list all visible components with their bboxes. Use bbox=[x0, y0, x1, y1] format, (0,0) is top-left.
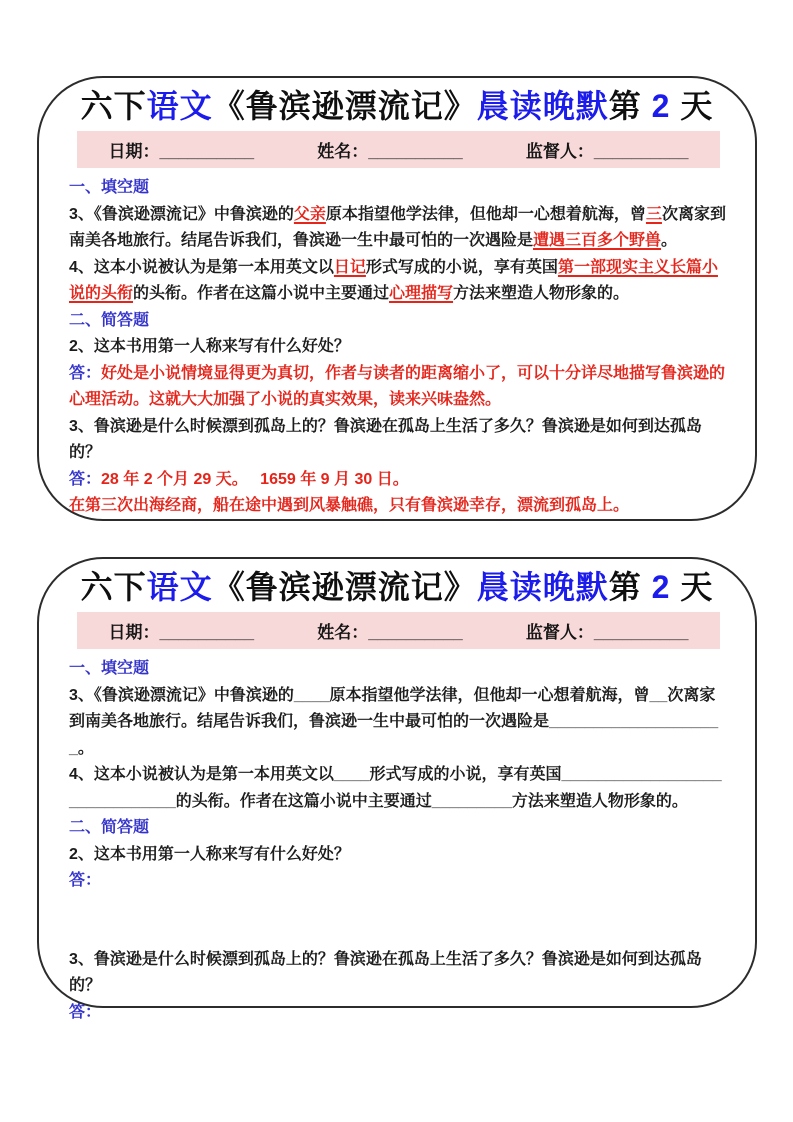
supervisor-field: 监督人：__________ bbox=[526, 618, 689, 643]
panel-title-segment: 天 bbox=[670, 88, 713, 124]
text-segment: 3、《鲁滨逊漂流记》中鲁滨逊的 bbox=[69, 687, 294, 704]
text-segment: 原本指望他学法律，但他却一心想着航海，曾 bbox=[326, 206, 646, 223]
worksheet-page: 六下语文《鲁滨逊漂流记》晨读晚默第 2 天日期：__________姓名：___… bbox=[0, 0, 793, 1122]
question-2-short: 2、这本书用第一人称来写有什么好处？ bbox=[69, 842, 727, 869]
date-field: 日期：__________ bbox=[109, 618, 255, 643]
text-segment: 4、这本小说被认为是第一本用英文以 bbox=[69, 259, 334, 276]
supervisor-field-label: 监督人： bbox=[526, 623, 594, 642]
supervisor-field-blank-line: __________ bbox=[594, 623, 689, 642]
panel-title-segment: 第 bbox=[609, 88, 652, 124]
text-segment: 遭遇三百多个野兽 bbox=[533, 232, 661, 249]
question-4-fill: 4、这本小说被认为是第一本用英文以____形式写成的小说，享有英国_______… bbox=[69, 762, 727, 815]
panel-body: 一、填空题3、《鲁滨逊漂流记》中鲁滨逊的____原本指望他学法律，但他却一心想着… bbox=[39, 649, 755, 1026]
answer-2-writing-space bbox=[69, 895, 727, 947]
section-2-heading: 二、简答题 bbox=[69, 308, 727, 335]
text-segment: 3、《鲁滨逊漂流记》中鲁滨逊的 bbox=[69, 206, 294, 223]
name-field: 姓名：__________ bbox=[317, 618, 463, 643]
date-field-blank-line: __________ bbox=[160, 623, 255, 642]
panel-title-segment: 第 bbox=[609, 569, 652, 605]
header-bar: 日期：__________姓名：__________监督人：__________ bbox=[77, 131, 720, 168]
panel-title-segment: 《鲁滨逊漂流记》 bbox=[213, 88, 477, 124]
section-2-heading: 二、简答题 bbox=[69, 815, 727, 842]
name-field-blank-line: __________ bbox=[368, 623, 463, 642]
text-segment: 一、填空题 bbox=[69, 179, 149, 196]
panel-title-segment: 天 bbox=[670, 569, 713, 605]
date-field-label: 日期： bbox=[109, 623, 160, 642]
answer-3-line-1: 答：28 年 2 个月 29 天。 1659 年 9 月 30 日。 bbox=[69, 467, 727, 494]
text-segment: 心理描写 bbox=[389, 285, 453, 302]
text-segment: 3、鲁滨逊是什么时候漂到孤岛上的？鲁滨逊在孤岛上生活了多久？鲁滨逊是如何到达孤岛… bbox=[69, 418, 702, 462]
name-field-blank-line: __________ bbox=[368, 142, 463, 161]
supervisor-field-label: 监督人： bbox=[526, 142, 594, 161]
text-segment: 父亲 bbox=[294, 206, 326, 223]
panel-title-segment: 2 bbox=[652, 569, 671, 605]
text-segment: 形式写成的小说，享有英国 bbox=[366, 259, 558, 276]
text-segment: 好处是小说情境显得更为真切，作者与读者的距离缩小了，可以十分详尽地描写鲁滨逊的心… bbox=[69, 365, 725, 409]
panel-title-segment: 2 bbox=[652, 88, 671, 124]
text-segment: 3、鲁滨逊是什么时候漂到孤岛上的？鲁滨逊在孤岛上生活了多久？鲁滨逊是如何到达孤岛… bbox=[69, 951, 702, 995]
text-segment: 28 年 2 个月 29 天。 1659 年 9 月 30 日。 bbox=[101, 471, 409, 488]
section-1-heading: 一、填空题 bbox=[69, 175, 727, 202]
text-segment: 4、这本小说被认为是第一本用英文以 bbox=[69, 766, 334, 783]
worksheet-panel-blank: 六下语文《鲁滨逊漂流记》晨读晚默第 2 天日期：__________姓名：___… bbox=[37, 557, 757, 1008]
text-segment: 的头衔。作者在这篇小说中主要通过 bbox=[176, 793, 432, 810]
worksheet-panel-answered: 六下语文《鲁滨逊漂流记》晨读晚默第 2 天日期：__________姓名：___… bbox=[37, 76, 757, 521]
answer-3-label: 答： bbox=[69, 1000, 727, 1027]
name-field: 姓名：__________ bbox=[317, 137, 463, 162]
supervisor-field: 监督人：__________ bbox=[526, 137, 689, 162]
text-segment: 答： bbox=[69, 365, 101, 382]
date-field-blank-line: __________ bbox=[160, 142, 255, 161]
text-segment: 二、简答题 bbox=[69, 312, 149, 329]
text-segment: ____ bbox=[334, 766, 370, 783]
header-bar: 日期：__________姓名：__________监督人：__________ bbox=[77, 612, 720, 649]
answer-2-label: 答： bbox=[69, 868, 727, 895]
text-segment: 日记 bbox=[334, 259, 366, 276]
text-segment: 答： bbox=[69, 1004, 101, 1021]
name-field-label: 姓名： bbox=[317, 142, 368, 161]
supervisor-field-blank-line: __________ bbox=[594, 142, 689, 161]
text-segment: 2、这本书用第一人称来写有什么好处？ bbox=[69, 338, 350, 355]
panel-body: 一、填空题3、《鲁滨逊漂流记》中鲁滨逊的父亲原本指望他学法律，但他却一心想着航海… bbox=[39, 168, 755, 520]
question-3-fill: 3、《鲁滨逊漂流记》中鲁滨逊的____原本指望他学法律，但他却一心想着航海，曾_… bbox=[69, 683, 727, 763]
text-segment: 二、简答题 bbox=[69, 819, 149, 836]
text-segment: 形式写成的小说，享有英国 bbox=[370, 766, 562, 783]
text-segment: __ bbox=[650, 687, 668, 704]
section-1-heading: 一、填空题 bbox=[69, 656, 727, 683]
panel-title-segment: 晨读晚默 bbox=[477, 569, 609, 605]
panel-title-segment: 《鲁滨逊漂流记》 bbox=[213, 569, 477, 605]
text-segment: 一、填空题 bbox=[69, 660, 149, 677]
question-2-short: 2、这本书用第一人称来写有什么好处？ bbox=[69, 334, 727, 361]
text-segment: _________ bbox=[432, 793, 512, 810]
text-segment: 方法来塑造人物形象的。 bbox=[512, 793, 688, 810]
question-3-short: 3、鲁滨逊是什么时候漂到孤岛上的？鲁滨逊在孤岛上生活了多久？鲁滨逊是如何到达孤岛… bbox=[69, 947, 727, 1000]
text-segment: 。 bbox=[78, 740, 94, 757]
text-segment: ____ bbox=[294, 687, 330, 704]
answer-3-line-2: 在第三次出海经商，船在途中遇到风暴触礁，只有鲁滨逊幸存，漂流到孤岛上。 bbox=[69, 493, 727, 520]
panel-title: 六下语文《鲁滨逊漂流记》晨读晚默第 2 天 bbox=[39, 85, 755, 127]
text-segment: 。 bbox=[661, 232, 677, 249]
panel-title-segment: 语文 bbox=[147, 88, 213, 124]
text-segment: 原本指望他学法律，但他却一心想着航海，曾 bbox=[330, 687, 650, 704]
panel-title-segment: 六下 bbox=[81, 88, 147, 124]
date-field: 日期：__________ bbox=[109, 137, 255, 162]
answer-2: 答：好处是小说情境显得更为真切，作者与读者的距离缩小了，可以十分详尽地描写鲁滨逊… bbox=[69, 361, 727, 414]
text-segment: 的头衔。作者在这篇小说中主要通过 bbox=[133, 285, 389, 302]
question-3-short: 3、鲁滨逊是什么时候漂到孤岛上的？鲁滨逊在孤岛上生活了多久？鲁滨逊是如何到达孤岛… bbox=[69, 414, 727, 467]
text-segment: 方法来塑造人物形象的。 bbox=[453, 285, 629, 302]
text-segment: 2、这本书用第一人称来写有什么好处？ bbox=[69, 846, 350, 863]
name-field-label: 姓名： bbox=[317, 623, 368, 642]
date-field-label: 日期： bbox=[109, 142, 160, 161]
question-4-fill: 4、这本小说被认为是第一本用英文以日记形式写成的小说，享有英国第一部现实主义长篇… bbox=[69, 255, 727, 308]
text-segment: 在第三次出海经商，船在途中遇到风暴触礁，只有鲁滨逊幸存，漂流到孤岛上。 bbox=[69, 497, 629, 514]
panel-title-segment: 晨读晚默 bbox=[477, 88, 609, 124]
panel-title-segment: 语文 bbox=[147, 569, 213, 605]
panel-title: 六下语文《鲁滨逊漂流记》晨读晚默第 2 天 bbox=[39, 566, 755, 608]
panel-title-segment: 六下 bbox=[81, 569, 147, 605]
text-segment: 答： bbox=[69, 872, 101, 889]
text-segment: 三 bbox=[646, 206, 662, 223]
question-3-fill: 3、《鲁滨逊漂流记》中鲁滨逊的父亲原本指望他学法律，但他却一心想着航海，曾三次离… bbox=[69, 202, 727, 255]
text-segment: 答： bbox=[69, 471, 101, 488]
